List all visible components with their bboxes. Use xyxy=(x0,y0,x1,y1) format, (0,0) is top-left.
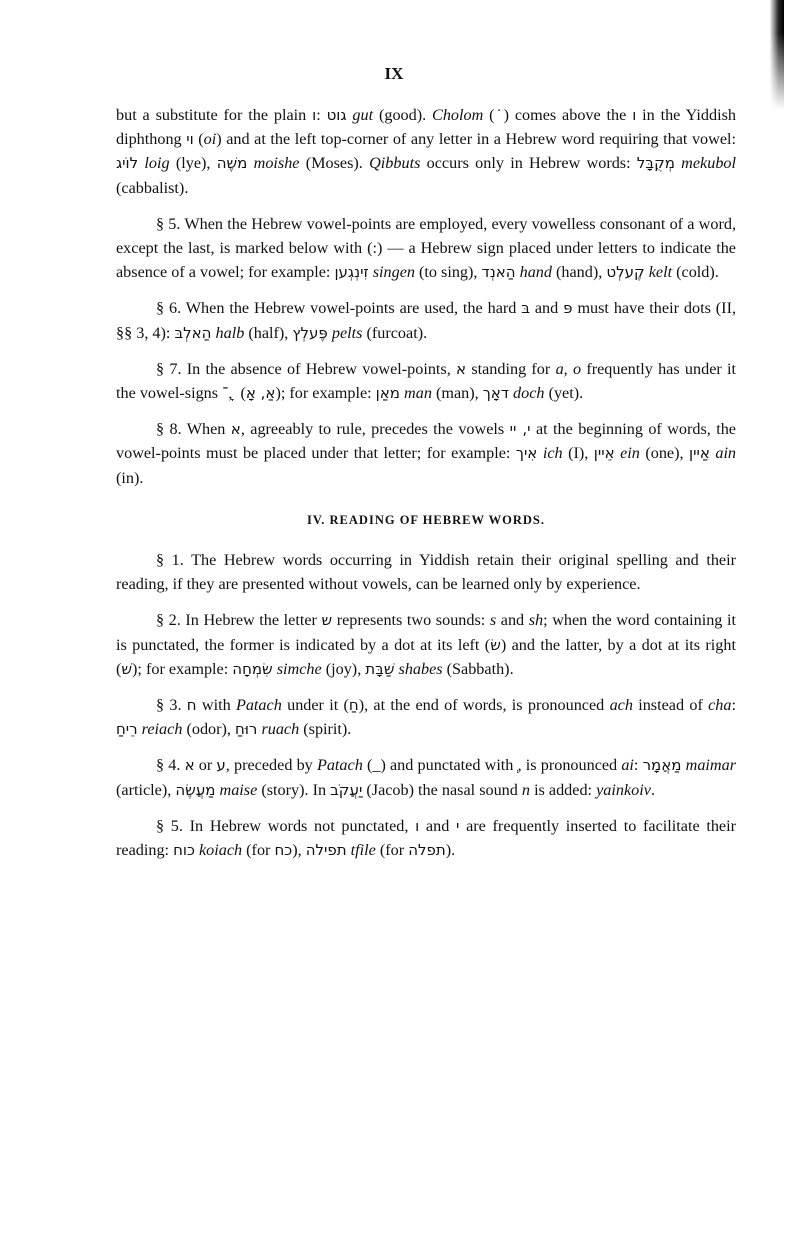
hebrew-word: אִיך xyxy=(516,444,537,462)
italic-text: n xyxy=(522,781,530,799)
paragraph-s6: § 6. When the Hebrew vowel-points are us… xyxy=(116,296,736,344)
hebrew-word: שִׂמְחָה xyxy=(232,660,272,678)
body-text: (˙) comes above the xyxy=(483,106,632,124)
body-text: occurs only in Hebrew words: xyxy=(420,154,636,172)
body-text: (spirit). xyxy=(299,720,351,738)
body-text: § 6. When the Hebrew vowel-points are us… xyxy=(156,299,521,317)
body-text: ); for example: xyxy=(275,384,375,402)
page-number: IX xyxy=(0,64,788,84)
body-text: (Jacob) the nasal sound xyxy=(362,781,522,799)
body-text: (good). xyxy=(373,106,432,124)
hebrew-word: לוֹיג xyxy=(116,154,138,172)
italic-text: singen xyxy=(373,263,415,281)
italic-text: Qibbuts xyxy=(369,154,420,172)
body-text: ( xyxy=(194,130,204,148)
italic-text: hand xyxy=(520,263,552,281)
italic-text: Cholom xyxy=(432,106,483,124)
hebrew-word: חַ xyxy=(349,696,359,714)
body-text: (joy), xyxy=(322,660,366,678)
hebrew-word: תפילה xyxy=(306,841,347,859)
body-text: standing for xyxy=(466,360,556,378)
body-text: § 8. When xyxy=(156,420,231,438)
paragraph-iv2: § 2. In Hebrew the letter ש represents t… xyxy=(116,608,736,681)
body-text: § 5. In Hebrew words not punctated, xyxy=(156,817,415,835)
body-text: : xyxy=(634,756,643,774)
hebrew-word: יַעֲקֹב xyxy=(330,781,362,799)
body-text: (man), xyxy=(432,384,483,402)
italic-text: doch xyxy=(513,384,544,402)
italic-text: kelt xyxy=(649,263,672,281)
hebrew-word: דאָך xyxy=(483,384,509,402)
italic-text: ein xyxy=(620,444,640,462)
hebrew-word: כח xyxy=(274,841,292,859)
body-text: § 1. The Hebrew words occurring in Yiddi… xyxy=(116,551,736,593)
italic-text: ain xyxy=(715,444,736,462)
italic-text: simche xyxy=(277,660,322,678)
body-text: ) and at the left top-corner of any lett… xyxy=(216,130,736,148)
italic-text: reiach xyxy=(142,720,183,738)
body-text: (half), xyxy=(244,324,292,342)
body-text: : xyxy=(316,106,326,124)
body-text: (_) and punctated with ְ, is pronounced xyxy=(363,756,622,774)
body-text: (one), xyxy=(640,444,689,462)
hebrew-word: ש xyxy=(322,611,333,629)
hebrew-word: מאַן xyxy=(376,384,400,402)
hebrew-word: מְקֻבָּל xyxy=(637,154,675,172)
italic-text: maise xyxy=(220,781,258,799)
body-text: (for xyxy=(242,841,274,859)
section-paragraphs: § 1. The Hebrew words occurring in Yiddi… xyxy=(116,548,736,862)
italic-text: man xyxy=(404,384,432,402)
hebrew-word: הַאנְד xyxy=(482,263,516,281)
hebrew-word: אַ, אָ xyxy=(246,384,276,402)
paragraph-s7: § 7. In the absence of Hebrew vowel-poin… xyxy=(116,357,736,405)
body-text: (hand), xyxy=(552,263,606,281)
body-text: . xyxy=(651,781,655,799)
hebrew-word: י, יי xyxy=(510,420,531,438)
hebrew-word: רֵיחַ xyxy=(116,720,138,738)
paragraph-iv5: § 5. In Hebrew words not punctated, ו an… xyxy=(116,814,736,862)
body-text: and xyxy=(496,611,529,629)
hebrew-word: שַׁבָּת xyxy=(365,660,394,678)
hebrew-word: גוט xyxy=(327,106,347,124)
body-text: and xyxy=(530,299,563,317)
hebrew-word: א xyxy=(456,360,466,378)
hebrew-word: מַאֲמָר xyxy=(643,756,682,774)
hebrew-word: רוּחַ xyxy=(235,720,257,738)
italic-text: ach xyxy=(610,696,633,714)
body-text: (for xyxy=(376,841,408,859)
italic-text: mekubol xyxy=(681,154,736,172)
body-text: : xyxy=(732,696,737,714)
body-text: § 7. In the absence of Hebrew vowel-poin… xyxy=(156,360,456,378)
italic-text: sh xyxy=(529,611,543,629)
body-text: § 4. xyxy=(156,756,185,774)
italic-text: loig xyxy=(138,154,169,172)
hebrew-word: מַעֲשֶׂה xyxy=(175,781,215,799)
hebrew-word: הַאלְבּ xyxy=(174,324,211,342)
body-text: (yet). xyxy=(545,384,584,402)
italic-text: cha xyxy=(708,696,731,714)
italic-text: a, o xyxy=(556,360,582,378)
italic-text: pelts xyxy=(332,324,363,342)
hebrew-word: ח xyxy=(187,696,197,714)
page-body: but a substitute for the plain ו: גוט gu… xyxy=(116,103,736,874)
hebrew-word: אֵיין xyxy=(594,444,615,462)
body-text: (story). In xyxy=(257,781,330,799)
italic-text: Patach xyxy=(317,756,363,774)
hebrew-word: כוח xyxy=(173,841,195,859)
body-text: is added: xyxy=(530,781,596,799)
body-text: , agreeably to rule, precedes the vowels xyxy=(241,420,510,438)
italic-text: halb xyxy=(216,324,245,342)
body-text: and xyxy=(419,817,456,835)
italic-text: koiach xyxy=(199,841,242,859)
body-text: , preceded by xyxy=(226,756,317,774)
body-text: ), at the end of words, is pronounced xyxy=(359,696,610,714)
section-heading: IV. READING OF HEBREW WORDS. xyxy=(116,508,736,532)
italic-text: ai xyxy=(621,756,634,774)
body-text: represents two sounds: xyxy=(332,611,490,629)
paragraph-s5: § 5. When the Hebrew vowel-points are em… xyxy=(116,212,736,285)
body-text: (article), xyxy=(116,781,175,799)
body-text: (Moses). xyxy=(299,154,369,172)
paragraph-s8: § 8. When א, agreeably to rule, precedes… xyxy=(116,417,736,490)
scan-edge-shadow xyxy=(770,0,784,110)
pre-section-paragraphs: but a substitute for the plain ו: גוט gu… xyxy=(116,103,736,490)
hebrew-word: משֶׁה xyxy=(217,154,248,172)
body-text: but a substitute for the plain xyxy=(116,106,312,124)
hebrew-word: א xyxy=(231,420,241,438)
hebrew-word: שׂ xyxy=(490,636,501,654)
italic-text: shabes xyxy=(399,660,443,678)
body-text: ). xyxy=(446,841,455,859)
hebrew-word: תפלה xyxy=(408,841,446,859)
paragraph-iv1: § 1. The Hebrew words occurring in Yiddi… xyxy=(116,548,736,596)
hebrew-word: קֶעלְט xyxy=(606,263,644,281)
italic-text: gut xyxy=(347,106,374,124)
paragraph-iv4: § 4. א or ע, preceded by Patach (_) and … xyxy=(116,753,736,801)
hebrew-word: א xyxy=(185,756,195,774)
body-text: (I), xyxy=(563,444,594,462)
hebrew-word: זִינְגְען xyxy=(334,263,368,281)
body-text: (cold). xyxy=(672,263,719,281)
body-text: § 2. In Hebrew the letter xyxy=(156,611,322,629)
hebrew-word: וי xyxy=(186,130,193,148)
body-text: (in). xyxy=(116,469,143,487)
italic-text: Patach xyxy=(236,696,282,714)
hebrew-word: פֶּעלְץ xyxy=(292,324,327,342)
hebrew-word: פּ xyxy=(563,299,572,317)
italic-text: oi xyxy=(204,130,217,148)
body-text: (odor), xyxy=(182,720,235,738)
paragraph-iv3: § 3. ח with Patach under it (חַ), at the… xyxy=(116,693,736,741)
hebrew-word: אַיין xyxy=(689,444,710,462)
italic-text: yainkoiv xyxy=(596,781,651,799)
body-text: with xyxy=(197,696,236,714)
body-text: ), xyxy=(292,841,305,859)
hebrew-word: ע xyxy=(216,756,225,774)
hebrew-word: שׁ xyxy=(121,660,132,678)
body-text: (lye), xyxy=(170,154,217,172)
body-text: ); for example: xyxy=(132,660,232,678)
hebrew-word: בּ xyxy=(521,299,530,317)
body-text: (furcoat). xyxy=(362,324,427,342)
body-text: (cabbalist). xyxy=(116,179,188,197)
italic-text: ruach xyxy=(261,720,299,738)
italic-text: moishe xyxy=(254,154,300,172)
body-text: under it ( xyxy=(282,696,349,714)
italic-text: maimar xyxy=(686,756,736,774)
paragraph-cont: but a substitute for the plain ו: גוט gu… xyxy=(116,103,736,200)
italic-text: ich xyxy=(543,444,563,462)
italic-text: tfile xyxy=(351,841,376,859)
body-text: instead of xyxy=(633,696,708,714)
body-text: or xyxy=(195,756,217,774)
body-text: (Sabbath). xyxy=(443,660,514,678)
body-text: (to sing), xyxy=(415,263,482,281)
body-text: § 3. xyxy=(156,696,187,714)
